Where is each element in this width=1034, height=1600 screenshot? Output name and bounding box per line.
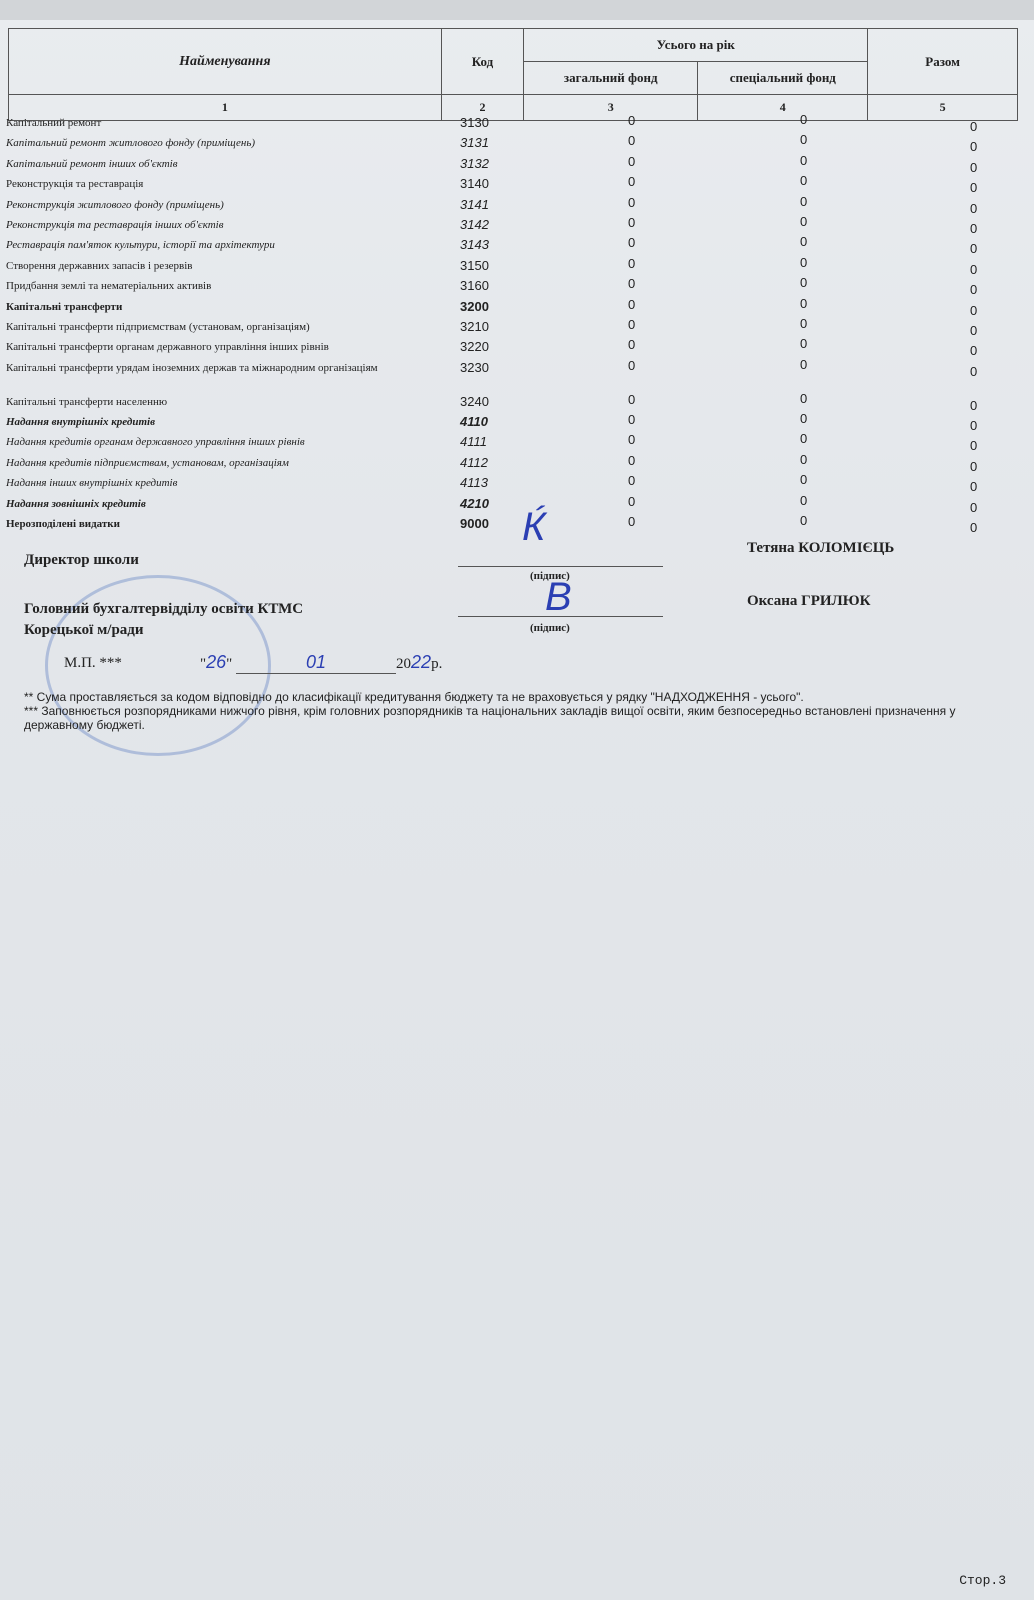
row-total: 0 bbox=[970, 262, 977, 277]
table-row: Надання внутрішніх кредитів4110000 bbox=[0, 415, 1034, 435]
table-row: Капітальний ремонт3130000 bbox=[0, 116, 1034, 136]
row-code: 3140 bbox=[460, 176, 489, 191]
director-name: Тетяна КОЛОМІЄЦЬ bbox=[747, 540, 894, 557]
row-total: 0 bbox=[970, 323, 977, 338]
row-general-fund: 0 bbox=[628, 473, 635, 488]
row-code: 3142 bbox=[460, 217, 489, 232]
row-code: 4112 bbox=[460, 455, 488, 470]
table-body: Капітальний ремонт3130000Капітальний рем… bbox=[0, 116, 1034, 537]
row-code: 3150 bbox=[460, 258, 489, 273]
row-code: 3130 bbox=[460, 115, 489, 130]
date-month: 01 bbox=[306, 652, 326, 672]
row-name: Надання внутрішніх кредитів bbox=[6, 416, 426, 428]
row-general-fund: 0 bbox=[628, 174, 635, 189]
header-special-fund: спеціальний фонд bbox=[698, 62, 868, 95]
header-year-total: Усього на рік bbox=[524, 29, 868, 62]
row-code: 3160 bbox=[460, 278, 489, 293]
row-code: 4113 bbox=[460, 475, 488, 490]
row-total: 0 bbox=[970, 343, 977, 358]
row-code: 3132 bbox=[460, 156, 489, 171]
row-code: 3143 bbox=[460, 237, 489, 252]
row-name: Надання інших внутрішніх кредитів bbox=[6, 477, 426, 489]
row-code: 3230 bbox=[460, 360, 489, 375]
row-total: 0 bbox=[970, 180, 977, 195]
row-total: 0 bbox=[970, 500, 977, 515]
accountant-title-line1: Головний бухгалтервідділу освіти КТМС bbox=[24, 601, 303, 618]
row-total: 0 bbox=[970, 479, 977, 494]
director-title: Директор школи bbox=[24, 552, 139, 569]
row-special-fund: 0 bbox=[800, 431, 807, 446]
table-row: Придбання землі та нематеріальних активі… bbox=[0, 279, 1034, 299]
row-code: 4210 bbox=[460, 496, 489, 511]
row-special-fund: 0 bbox=[800, 472, 807, 487]
row-general-fund: 0 bbox=[628, 392, 635, 407]
table-row: Надання зовнішніх кредитів4210000 bbox=[0, 497, 1034, 517]
table-row: Реставрація пам'яток культури, історії т… bbox=[0, 238, 1034, 258]
row-total: 0 bbox=[970, 303, 977, 318]
row-total: 0 bbox=[970, 160, 977, 175]
row-special-fund: 0 bbox=[800, 493, 807, 508]
table-row: Створення державних запасів і резервів31… bbox=[0, 259, 1034, 279]
row-name: Реконструкція та реставрація bbox=[6, 178, 426, 190]
row-total: 0 bbox=[970, 221, 977, 236]
row-name: Капітальні трансферти bbox=[6, 301, 426, 313]
row-name: Капітальний ремонт bbox=[6, 117, 426, 129]
row-name: Капітальні трансферти підприємствам (уст… bbox=[6, 321, 426, 333]
row-name: Капітальні трансферти урядам іноземних д… bbox=[6, 362, 426, 374]
header-total: Разом bbox=[868, 29, 1018, 95]
row-name: Реконструкція та реставрація інших об'єк… bbox=[6, 219, 426, 231]
row-general-fund: 0 bbox=[628, 113, 635, 128]
row-general-fund: 0 bbox=[628, 256, 635, 271]
director-signature-line bbox=[458, 566, 663, 567]
row-special-fund: 0 bbox=[800, 112, 807, 127]
row-special-fund: 0 bbox=[800, 153, 807, 168]
table-row: Капітальні трансферти підприємствам (уст… bbox=[0, 320, 1034, 340]
row-name: Реконструкція житлового фонду (приміщень… bbox=[6, 199, 426, 211]
row-general-fund: 0 bbox=[628, 432, 635, 447]
row-total: 0 bbox=[970, 201, 977, 216]
row-special-fund: 0 bbox=[800, 452, 807, 467]
row-total: 0 bbox=[970, 139, 977, 154]
table-row: Надання інших внутрішніх кредитів4113000 bbox=[0, 476, 1034, 496]
row-code: 3141 bbox=[460, 197, 489, 212]
row-code: 3220 bbox=[460, 339, 489, 354]
footnote-2: *** Заповнюється розпорядниками нижчого … bbox=[24, 704, 994, 732]
table-row: Капітальний ремонт житлового фонду (прим… bbox=[0, 136, 1034, 156]
table-row: Капітальні трансферти населенню3240000 bbox=[0, 395, 1034, 415]
row-special-fund: 0 bbox=[800, 214, 807, 229]
row-name: Капітальні трансферти населенню bbox=[6, 396, 426, 408]
table-row: Надання кредитів органам державного упра… bbox=[0, 435, 1034, 455]
table-row: Реконструкція та реставрація3140000 bbox=[0, 177, 1034, 197]
row-name: Придбання землі та нематеріальних активі… bbox=[6, 280, 426, 292]
header-general-fund: загальний фонд bbox=[524, 62, 698, 95]
footnote-1: ** Сума проставляється за кодом відповід… bbox=[24, 690, 804, 704]
row-general-fund: 0 bbox=[628, 215, 635, 230]
document-page: Найменування Код Усього на рік Разом заг… bbox=[0, 0, 1034, 1600]
row-code: 3210 bbox=[460, 319, 489, 334]
row-total: 0 bbox=[970, 398, 977, 413]
row-code: 3200 bbox=[460, 299, 489, 314]
row-name: Капітальний ремонт житлового фонду (прим… bbox=[6, 137, 426, 149]
row-code: 9000 bbox=[460, 516, 489, 531]
row-general-fund: 0 bbox=[628, 235, 635, 250]
date-year-prefix: 20 bbox=[396, 656, 411, 672]
row-total: 0 bbox=[970, 364, 977, 379]
row-general-fund: 0 bbox=[628, 195, 635, 210]
table-row: Капітальні трансферти3200000 bbox=[0, 300, 1034, 320]
row-special-fund: 0 bbox=[800, 275, 807, 290]
row-total: 0 bbox=[970, 119, 977, 134]
row-general-fund: 0 bbox=[628, 133, 635, 148]
row-general-fund: 0 bbox=[628, 453, 635, 468]
date-day: 26 bbox=[206, 652, 226, 672]
row-general-fund: 0 bbox=[628, 358, 635, 373]
row-code: 3240 bbox=[460, 394, 489, 409]
row-general-fund: 0 bbox=[628, 337, 635, 352]
row-special-fund: 0 bbox=[800, 194, 807, 209]
row-total: 0 bbox=[970, 418, 977, 433]
row-general-fund: 0 bbox=[628, 276, 635, 291]
row-special-fund: 0 bbox=[800, 336, 807, 351]
row-name: Капітальні трансферти органам державного… bbox=[6, 341, 426, 353]
table-row: Реконструкція та реставрація інших об'єк… bbox=[0, 218, 1034, 238]
date-year-suffix: 22 bbox=[411, 652, 431, 672]
row-name: Надання кредитів підприємствам, установа… bbox=[6, 457, 426, 469]
row-general-fund: 0 bbox=[628, 412, 635, 427]
row-total: 0 bbox=[970, 459, 977, 474]
date-line: "26" 012022р. bbox=[200, 652, 442, 674]
row-name: Створення державних запасів і резервів bbox=[6, 260, 426, 272]
row-special-fund: 0 bbox=[800, 132, 807, 147]
row-code: 3131 bbox=[460, 135, 489, 150]
row-general-fund: 0 bbox=[628, 154, 635, 169]
row-total: 0 bbox=[970, 438, 977, 453]
row-name: Нерозподілені видатки bbox=[6, 518, 426, 530]
row-name: Капітальний ремонт інших об'єктів bbox=[6, 158, 426, 170]
row-name: Реставрація пам'яток культури, історії т… bbox=[6, 239, 426, 251]
table-row: Надання кредитів підприємствам, установа… bbox=[0, 456, 1034, 476]
accountant-signature-label: (підпис) bbox=[530, 622, 570, 634]
row-special-fund: 0 bbox=[800, 513, 807, 528]
row-total: 0 bbox=[970, 520, 977, 535]
row-special-fund: 0 bbox=[800, 234, 807, 249]
table-row: Реконструкція житлового фонду (приміщень… bbox=[0, 198, 1034, 218]
row-general-fund: 0 bbox=[628, 514, 635, 529]
page-number: Стор.3 bbox=[959, 1573, 1006, 1588]
row-general-fund: 0 bbox=[628, 297, 635, 312]
row-special-fund: 0 bbox=[800, 296, 807, 311]
date-r: р. bbox=[431, 656, 442, 672]
table-row: Нерозподілені видатки9000000 bbox=[0, 517, 1034, 537]
row-special-fund: 0 bbox=[800, 357, 807, 372]
row-name: Надання кредитів органам державного упра… bbox=[6, 436, 426, 448]
table-header: Найменування Код Усього на рік Разом заг… bbox=[8, 28, 1018, 121]
stamp-label: М.П. *** bbox=[64, 655, 122, 672]
row-special-fund: 0 bbox=[800, 391, 807, 406]
header-code: Код bbox=[441, 29, 523, 95]
row-special-fund: 0 bbox=[800, 173, 807, 188]
table-row: Капітальні трансферти урядам іноземних д… bbox=[0, 361, 1034, 395]
row-total: 0 bbox=[970, 282, 977, 297]
accountant-name: Оксана ГРИЛЮК bbox=[747, 593, 871, 610]
director-signature: Ќ bbox=[522, 505, 546, 550]
row-total: 0 bbox=[970, 241, 977, 256]
row-general-fund: 0 bbox=[628, 494, 635, 509]
table-row: Капітальні трансферти органам державного… bbox=[0, 340, 1034, 360]
accountant-title-line2: Корецької м/ради bbox=[24, 622, 144, 639]
table-row: Капітальний ремонт інших об'єктів3132000 bbox=[0, 157, 1034, 177]
row-general-fund: 0 bbox=[628, 317, 635, 332]
row-code: 4110 bbox=[460, 414, 488, 429]
row-special-fund: 0 bbox=[800, 255, 807, 270]
row-code: 4111 bbox=[460, 434, 487, 449]
header-name: Найменування bbox=[9, 29, 442, 95]
row-name: Надання зовнішніх кредитів bbox=[6, 498, 426, 510]
row-special-fund: 0 bbox=[800, 411, 807, 426]
row-special-fund: 0 bbox=[800, 316, 807, 331]
accountant-signature: B bbox=[545, 575, 572, 620]
